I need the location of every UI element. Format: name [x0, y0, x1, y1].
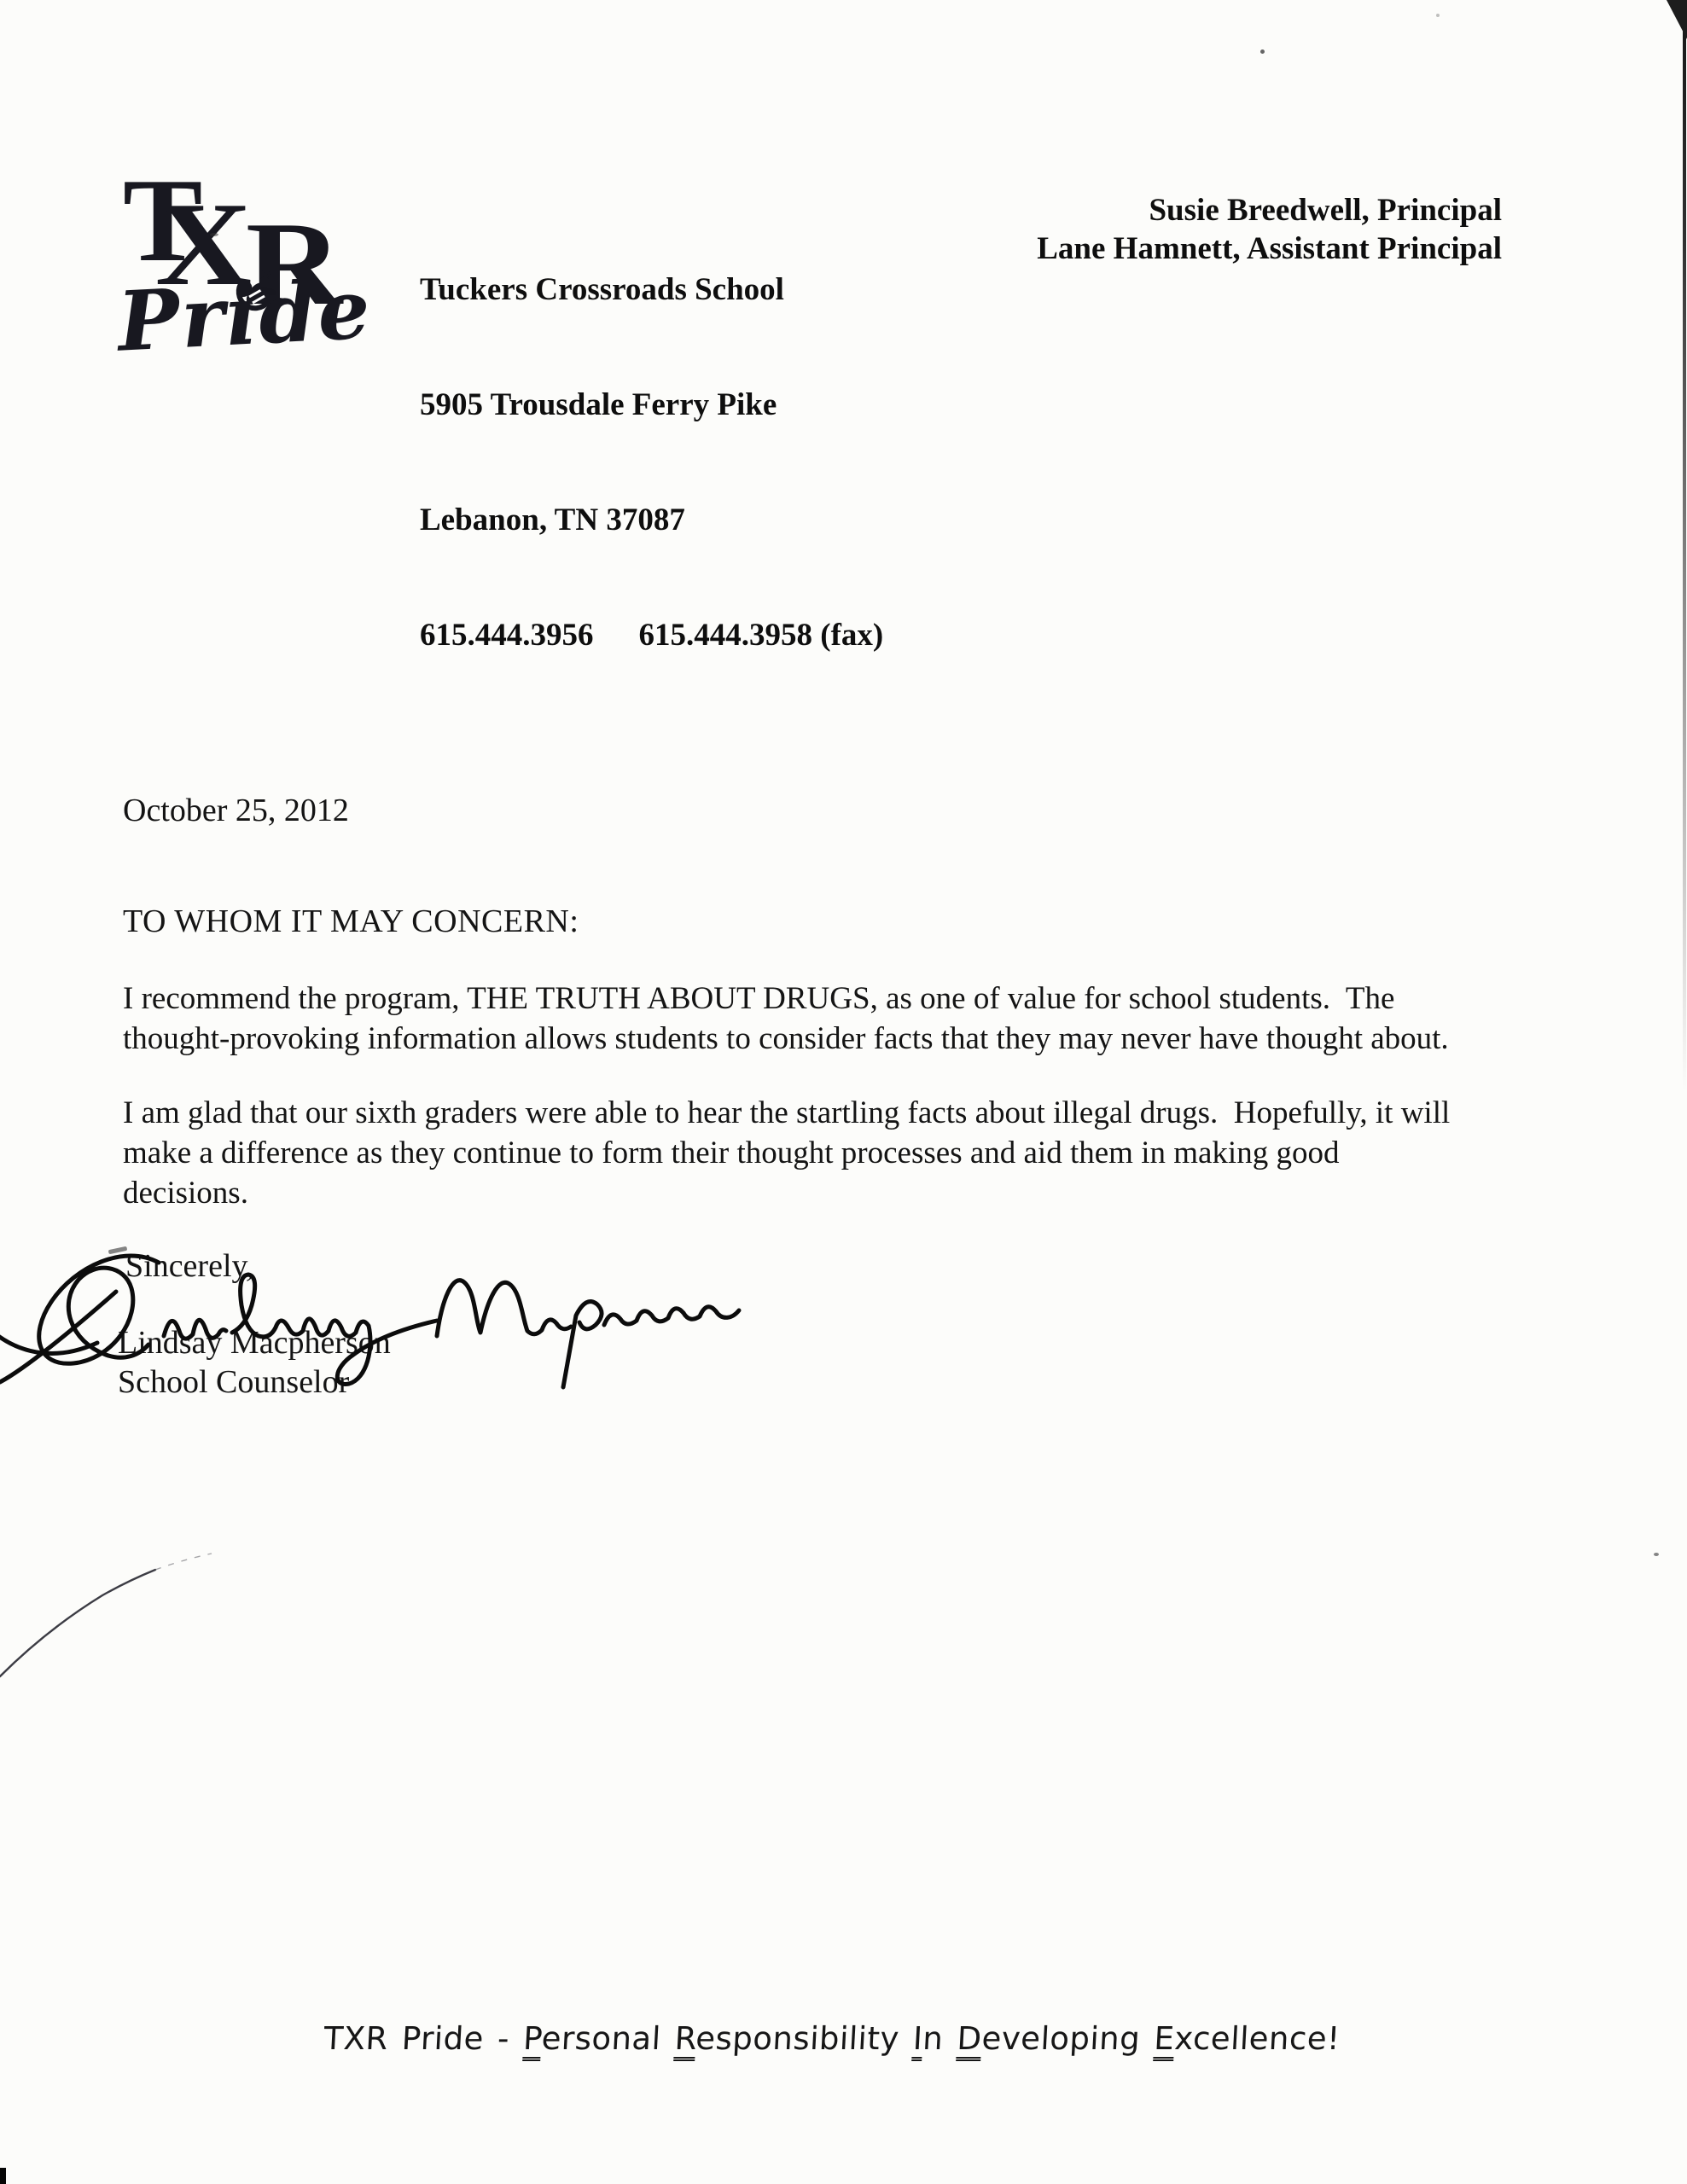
scan-speck: [1654, 1553, 1659, 1556]
motto-segment: n: [922, 2020, 957, 2057]
motto-letter-e: E: [1153, 2020, 1175, 2061]
motto-segment: esponsibility: [695, 2020, 914, 2057]
school-address-city: Lebanon, TN 37087: [420, 501, 883, 539]
motto-letter-p: P: [522, 2020, 543, 2061]
principal-name: Susie Breedwell, Principal: [1037, 191, 1502, 229]
motto-letter-r: R: [673, 2020, 696, 2061]
letter-paragraph-1: I recommend the program, THE TRUTH ABOUT…: [123, 979, 1625, 1059]
school-address-street: 5905 Trousdale Ferry Pike: [420, 386, 883, 424]
paragraph-line: I am glad that our sixth graders were ab…: [123, 1093, 1625, 1133]
motto-letter-d: D: [956, 2020, 983, 2061]
signer-name: Lindsay Macpherson: [118, 1323, 391, 1362]
scanner-edge-line: [1683, 0, 1686, 1092]
signer-block: Lindsay Macpherson School Counselor: [118, 1323, 391, 1402]
motto-segment: ersonal: [541, 2020, 676, 2057]
letter-date: October 25, 2012: [123, 792, 349, 829]
motto-segment: TXR Pride -: [323, 2020, 524, 2057]
scan-speck: [1260, 49, 1265, 54]
letter-salutation: TO WHOM IT MAY CONCERN:: [123, 903, 579, 940]
paragraph-line: make a difference as they continue to fo…: [123, 1133, 1625, 1173]
assistant-principal-name: Lane Hamnett, Assistant Principal: [1037, 229, 1502, 268]
scanned-letter-page: T X R Pride Tuckers Crossroads School 59…: [0, 0, 1687, 2184]
school-phone: 615.444.3956: [420, 618, 594, 653]
letter-paragraph-2: I am glad that our sixth graders were ab…: [123, 1093, 1625, 1213]
scan-speck: [1436, 14, 1440, 17]
motto-segment: xcellence!: [1173, 2020, 1341, 2057]
motto-segment: eveloping: [981, 2020, 1155, 2057]
scan-speck: [210, 233, 218, 236]
signer-title: School Counselor: [118, 1362, 391, 1402]
staff-block: Susie Breedwell, Principal Lane Hamnett,…: [1037, 191, 1502, 268]
bottom-left-scan-mark: [0, 2168, 6, 2184]
paragraph-line: thought-provoking information allows stu…: [123, 1019, 1625, 1059]
school-fax: 615.444.3958 (fax): [639, 618, 884, 653]
school-phone-line: 615.444.3956615.444.3958 (fax): [420, 616, 883, 654]
scan-speck: [108, 1246, 128, 1254]
scanner-corner-shadow: [1667, 0, 1687, 39]
paragraph-line: I recommend the program, THE TRUTH ABOUT…: [123, 979, 1625, 1019]
letter-closing: Sincerely,: [125, 1247, 254, 1285]
school-name: Tuckers Crossroads School: [420, 270, 883, 309]
pencil-curve-artifact: [0, 1548, 239, 1693]
footer-motto: TXR Pride - Personal Responsibility In D…: [323, 2020, 1341, 2057]
paragraph-line: decisions.: [123, 1173, 1625, 1213]
school-info-block: Tuckers Crossroads School 5905 Trousdale…: [420, 194, 883, 731]
txr-pride-logo: T X R Pride: [123, 179, 387, 384]
logo-pride-script: Pride: [116, 268, 374, 363]
